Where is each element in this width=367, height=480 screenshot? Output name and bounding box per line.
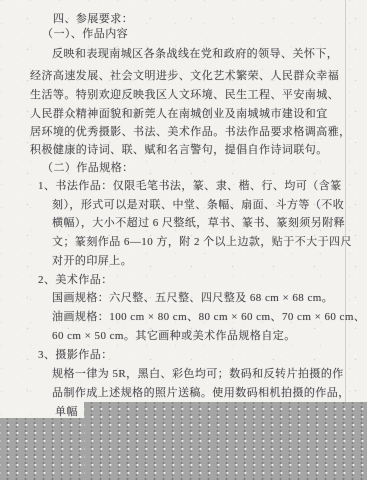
document-line: 对开的印屏上。 — [52, 255, 132, 268]
document-line: 60 cm × 50 cm。其它画种或美术作品规格自定。 — [52, 330, 296, 343]
scanned-document-page: 四、参展要求： （一）、作品内容 反映和表现南城区各条战线在党和政府的领导、关怀… — [0, 0, 367, 480]
document-line: 横幅），大小不超过 6 尺整纸，草书、篆书、篆刻须另附释 — [52, 217, 345, 230]
document-line: 文；篆刻作品 6—10 方，附 2 个以上边款，贴于不大于四尺 — [52, 236, 352, 249]
document-line: 国画规格：六尺整、五尺整、四尺整及 68 cm × 68 cm。 — [52, 292, 333, 305]
page-fold-edge-line — [345, 0, 346, 402]
document-line: 3、摄影作品： — [38, 349, 113, 362]
document-line: 刻），形式可以是对联、中堂、条幅、扇面、斗方等（不收 — [52, 199, 344, 212]
document-line: 生活等。特别欢迎反映我区人文环境、民生工程、平安南城、 — [30, 89, 339, 102]
missing-image-region-right — [84, 402, 367, 480]
missing-image-region-bottom-left — [0, 418, 84, 480]
document-line: 反映和表现南城区各条战线在党和政府的领导、关怀下， — [52, 48, 338, 61]
document-line: 经济高速发展、社会文明进步、文化艺术繁荣、人民群众幸福 — [30, 70, 339, 83]
document-line: （一）、作品内容 — [42, 28, 128, 41]
document-line: 2、美术作品： — [38, 274, 113, 287]
document-line: 品制作成上述规格的照片送稿。使用数码相机拍摄的作品， — [52, 387, 350, 400]
document-line: 四、参展要求： — [53, 13, 133, 26]
document-line: 油画规格：100 cm × 80 cm、80 cm × 60 cm、70 cm … — [52, 311, 365, 324]
document-line: 1、书法作品：仅限毛笔书法，篆、隶、楷、行、均可（含篆 — [38, 180, 342, 193]
document-line: （二）作品规格： — [42, 162, 134, 175]
document-line: 规格一律为 5R，黑白、彩色均可；数码和反转片拍摄的作 — [52, 368, 344, 381]
document-line: 积极健康的诗词、联、赋和名言警句，提倡自作诗词联句。 — [30, 144, 328, 157]
document-line: 居环境的优秀摄影、书法、美术作品。书法作品要求格调高雅， — [30, 126, 351, 139]
document-line: 人民群众精神面貌和新莞人在南城创业及南城城市建设和宜 — [30, 108, 328, 121]
